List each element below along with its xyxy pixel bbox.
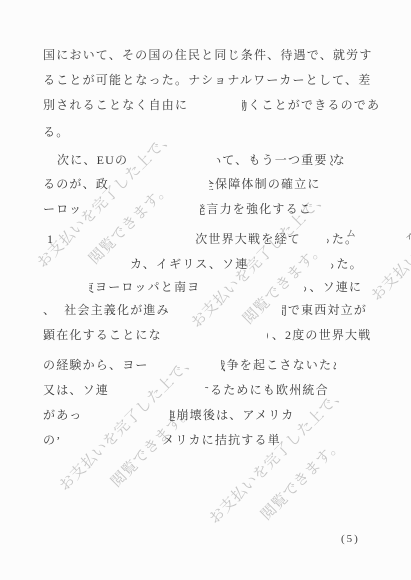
text-line: 顕在化することになり、2度の世界大戦: [43, 328, 371, 342]
text-line: 又は、ソ連するためにも欧州統合: [43, 383, 329, 397]
stray-glyph-fragment: ム: [346, 230, 356, 240]
partial-glyph: ʼ: [56, 434, 62, 447]
text-line: る。: [43, 125, 69, 139]
text-line: のʼメリカに拮抗する単: [43, 433, 281, 447]
partial-glyph: め: [332, 359, 336, 372]
text-line: があっ連崩壊後は、アメリカ: [43, 408, 294, 422]
page-number: (5): [341, 533, 360, 545]
text-line: 東ヨーロッパと南ヨっ、ソ連に: [43, 280, 362, 294]
text-line: 国において、その国の住民と同じ条件、待遇で、就労す: [43, 48, 373, 62]
text-line: ーロッ発言力を強化するこ: [43, 202, 312, 216]
text-line: 次に、EUのいて、もう一つ重要とな: [43, 153, 346, 167]
text-line: の経験から、ヨー戦争を起こさないため: [43, 358, 336, 372]
text-line: 別されることなく自由に働くことができるのであ: [43, 98, 380, 112]
text-line: 12次世界大戦を経てった。: [43, 232, 358, 246]
text-line: るのが、政全保障体制の確立に: [43, 177, 321, 191]
text-line: 、社会主義化が進み間で東西対立が: [43, 303, 367, 317]
text-line: ることが可能となった。ナショナルワーカーとして、差: [43, 73, 371, 87]
stray-glyph-fragment: ィ: [404, 232, 411, 242]
document-page: お支払いを完了した上で、閲覧できます。お支払いを完了した上で、閲覧できます。お支…: [0, 0, 411, 580]
text-line: カ、イギリス、ソ連った。: [43, 257, 363, 271]
